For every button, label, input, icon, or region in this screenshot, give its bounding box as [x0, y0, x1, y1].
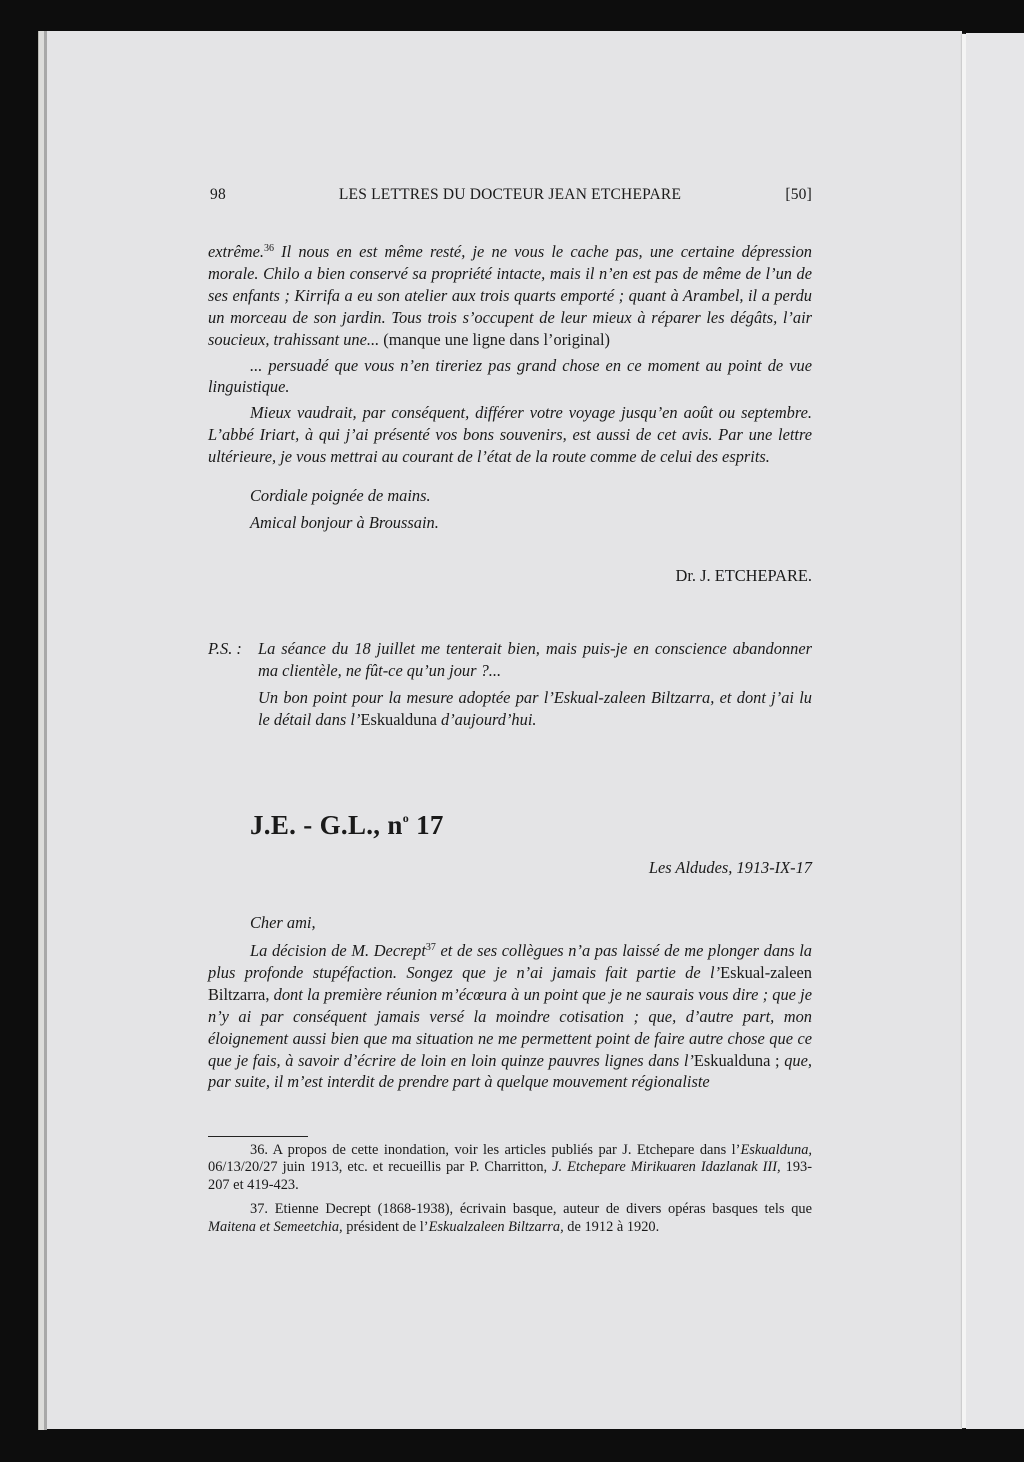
text: Eskualzaleen Biltzarra, [429, 1219, 564, 1235]
editor-note: (manque une ligne dans l’original) [379, 330, 610, 349]
text: 06/13/20/27 juin 1913, etc. et recueilli… [208, 1159, 552, 1175]
text: extrême. [208, 242, 264, 261]
letter-heading: J.E. - G.L., no 17 [250, 810, 444, 841]
paragraph: La décision de M. Decrept37 et de ses co… [208, 940, 812, 1093]
text: Etienne Decrept (1868-1938), écrivain ba… [268, 1201, 812, 1217]
running-head: 98 LES LETTRES DU DOCTEUR JEAN ETCHEPARE… [208, 186, 812, 208]
closing-line: Cordiale poignée de mains. [250, 486, 431, 506]
text: La décision de M. Decrept [250, 941, 426, 960]
text: président de l’ [343, 1219, 429, 1235]
footnote-ref-36: 36 [264, 243, 274, 254]
ps-label: P.S. : [208, 638, 242, 660]
paragraph: Mieux vaudrait, par conséquent, différer… [208, 402, 812, 468]
footnotes: 36. A propos de cette inondation, voir l… [208, 1142, 812, 1243]
text: Maitena et Semeetchia, [208, 1219, 343, 1235]
heading-number: 17 [409, 810, 444, 840]
signature: Dr. J. ETCHEPARE. [676, 566, 812, 586]
postscript: P.S. : La séance du 18 juillet me tenter… [208, 638, 812, 731]
paragraph: ... persuadé que vous n’en tireriez pas … [208, 355, 812, 399]
footnote-number: 37. [250, 1201, 268, 1217]
text: de 1912 à 1920. [564, 1219, 660, 1235]
running-title: LES LETTRES DU DOCTEUR JEAN ETCHEPARE [208, 186, 812, 204]
footnote-37: 37. Etienne Decrept (1868-1938), écrivai… [208, 1201, 812, 1236]
footnote-number: 36. [250, 1142, 268, 1158]
text: J. Etchepare Mirikuaren Idazlanak III, [552, 1159, 780, 1175]
text: Eskualduna ; [694, 1051, 780, 1070]
letter-17-body: La décision de M. Decrept37 et de ses co… [208, 940, 812, 1093]
place-date: Les Aldudes, 1913-IX-17 [649, 858, 812, 878]
ps-paragraph: La séance du 18 juillet me tenterait bie… [258, 638, 812, 682]
facing-page-edge [966, 33, 1024, 1429]
salutation: Cher ami, [250, 913, 316, 933]
section-number: [50] [785, 186, 812, 204]
footnote-rule [208, 1136, 308, 1137]
letter-16-continuation: extrême.36 Il nous en est même resté, je… [208, 241, 812, 468]
ps-paragraph: Un bon point pour la mesure adoptée par … [258, 687, 812, 731]
closing-line: Amical bonjour à Broussain. [250, 513, 439, 533]
text: A propos de cette inondation, voir les a… [268, 1142, 740, 1158]
footnote-ref-37: 37 [426, 942, 436, 953]
text: Eskualduna [360, 710, 436, 729]
footnote-36: 36. A propos de cette inondation, voir l… [208, 1142, 812, 1194]
paragraph: extrême.36 Il nous en est même resté, je… [208, 241, 812, 351]
heading-text: J.E. - G.L., n [250, 810, 403, 840]
text: Eskualduna, [740, 1142, 812, 1158]
text: d’aujourd’hui. [437, 710, 537, 729]
